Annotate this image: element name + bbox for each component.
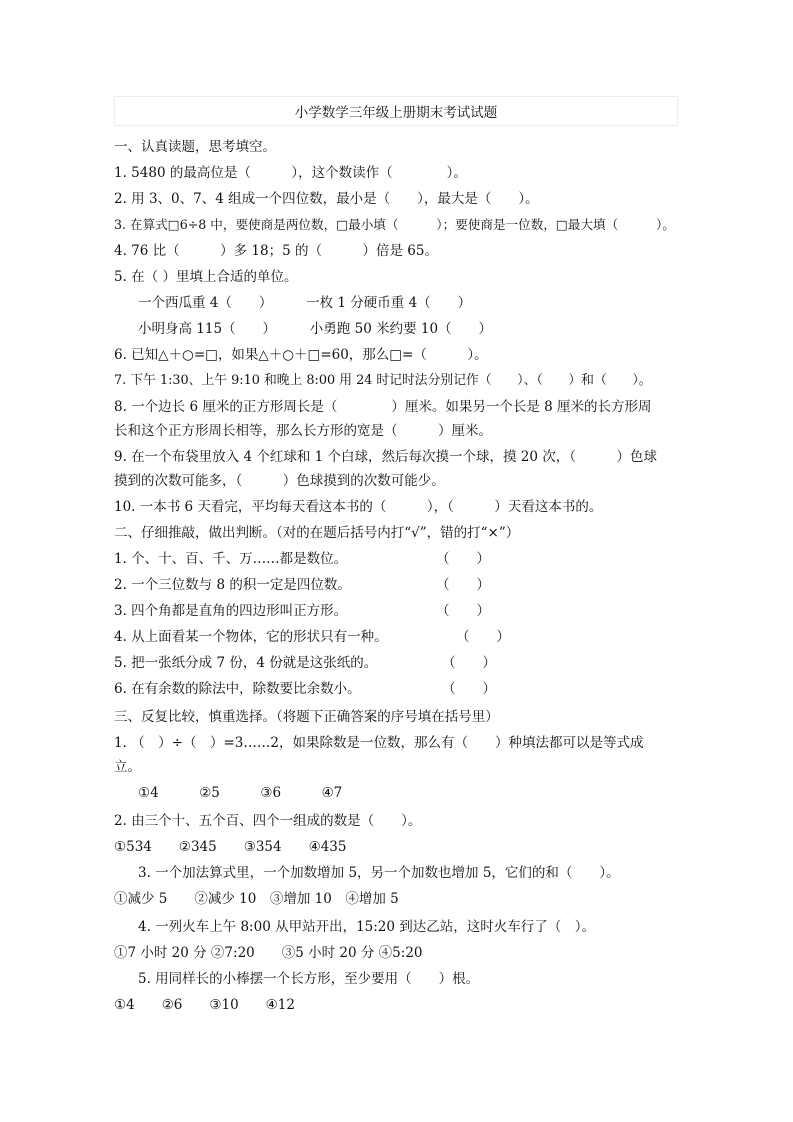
judge-item-5: 5. 把一张纸分成 7 份，4 份就是这张纸的。（ ） [114, 654, 377, 672]
question-1-3: 3. 在算式□6÷8 中，要使商是两位数，□最小填（ ）；要使商是一位数，□最大… [114, 216, 675, 234]
exam-title: 小学数学三年级上册期末考试试题 [295, 101, 498, 121]
section1-heading: 一、认真读题，思考填空。 [114, 138, 276, 156]
section3-heading: 三、反复比较，慎重选择。（将题下正确答案的序号填在括号里） [114, 708, 499, 726]
answer-paren: （ ） [436, 550, 490, 568]
choice-question-3: 3. 一个加法算式里，一个加数增加 5，另一个加数也增加 5，它们的和（ ）。 [138, 864, 620, 882]
choice-question-3-options: ①减少 5 ②减少 10 ③增加 10 ④增加 5 [114, 890, 399, 908]
choice-question-5: 5. 用同样长的小棒摆一个长方形，至少要用（ ）根。 [138, 970, 479, 988]
exam-title-box: 小学数学三年级上册期末考试试题 [114, 96, 678, 126]
question-1-5-row-b: 小明身高 115（ ） 小勇跑 50 米约要 10（ ） [138, 320, 492, 338]
answer-paren: （ ） [436, 576, 490, 594]
question-1-5-row-a: 一个西瓜重 4（ ） 一枚 1 分硬币重 4（ ） [138, 294, 471, 312]
judge-item-2: 2. 一个三位数与 8 的积一定是四位数。（ ） [114, 576, 351, 594]
question-1-1: 1. 5480 的最高位是（ ），这个数读作（ ）。 [114, 164, 467, 182]
judge-item-1: 1. 个、十、百、千、万……都是数位。（ ） [114, 550, 347, 568]
choice-question-4: 4. 一列火车上午 8:00 从甲站开出，15:20 到达乙站，这时火车行了（ … [138, 918, 595, 936]
answer-paren: （ ） [456, 628, 510, 646]
question-1-4: 4. 76 比（ ）多 18；5 的（ ）倍是 65。 [114, 242, 438, 260]
question-1-2: 2. 用 3、0、7、4 组成一个四位数，最小是（ ），最大是（ ）。 [114, 190, 539, 208]
answer-paren: （ ） [442, 654, 496, 672]
section2-heading: 二、仔细推敲，做出判断。（对的在题后括号内打“√”，错的打“×”） [114, 524, 519, 542]
choice-question-2: 2. 由三个十、五个百、四个一组成的数是（ ）。 [114, 812, 421, 830]
question-1-6: 6. 已知△＋○=□，如果△＋○＋□=60，那么□=（ ）。 [114, 346, 488, 364]
answer-paren: （ ） [436, 602, 490, 620]
question-1-7: 7. 下午 1:30、上午 9:10 和晚上 8:00 用 24 时记时法分别记… [114, 372, 652, 390]
choice-question-5-options: ①4 ②6 ③10 ④12 [114, 996, 295, 1014]
choice-question-1-options: ①4 ②5 ③6 ④7 [138, 784, 342, 802]
judge-item-4: 4. 从上面看某一个物体，它的形状只有一种。（ ） [114, 628, 388, 646]
judge-item-6: 6. 在有余数的除法中，除数要比余数小。（ ） [114, 680, 361, 698]
choice-question-1-line-a: 1. （ ）÷（ ）=3……2，如果除数是一位数，那么有（ ）种填法都可以是等式… [114, 734, 643, 752]
choice-question-2-options: ①534 ②345 ③354 ④435 [114, 838, 346, 856]
judge-item-3: 3. 四个角都是直角的四边形叫正方形。（ ） [114, 602, 347, 620]
question-1-9-line-a: 9. 在一个布袋里放入 4 个红球和 1 个白球，然后每次摸一个球，摸 20 次… [114, 448, 657, 466]
choice-question-4-options: ①7 小时 20 分 ②7:20 ③5 小时 20 分 ④5:20 [114, 944, 423, 962]
question-1-5: 5. 在（ ）里填上合适的单位。 [114, 268, 297, 286]
answer-paren: （ ） [442, 680, 496, 698]
question-1-9-line-b: 摸到的次数可能多，（ ）色球摸到的次数可能少。 [114, 472, 445, 490]
question-1-8-line-b: 长和这个正方形周长相等，那么长方形的宽是（ ）厘米。 [114, 422, 492, 440]
choice-question-1-line-b: 立。 [114, 758, 141, 776]
question-1-8-line-a: 8. 一个边长 6 厘米的正方形周长是（ ）厘米。如果另一个长是 8 厘米的长方… [114, 398, 652, 416]
question-1-10: 10. 一本书 6 天看完，平均每天看这本书的（ ），（ ）天看这本书的。 [114, 498, 602, 516]
